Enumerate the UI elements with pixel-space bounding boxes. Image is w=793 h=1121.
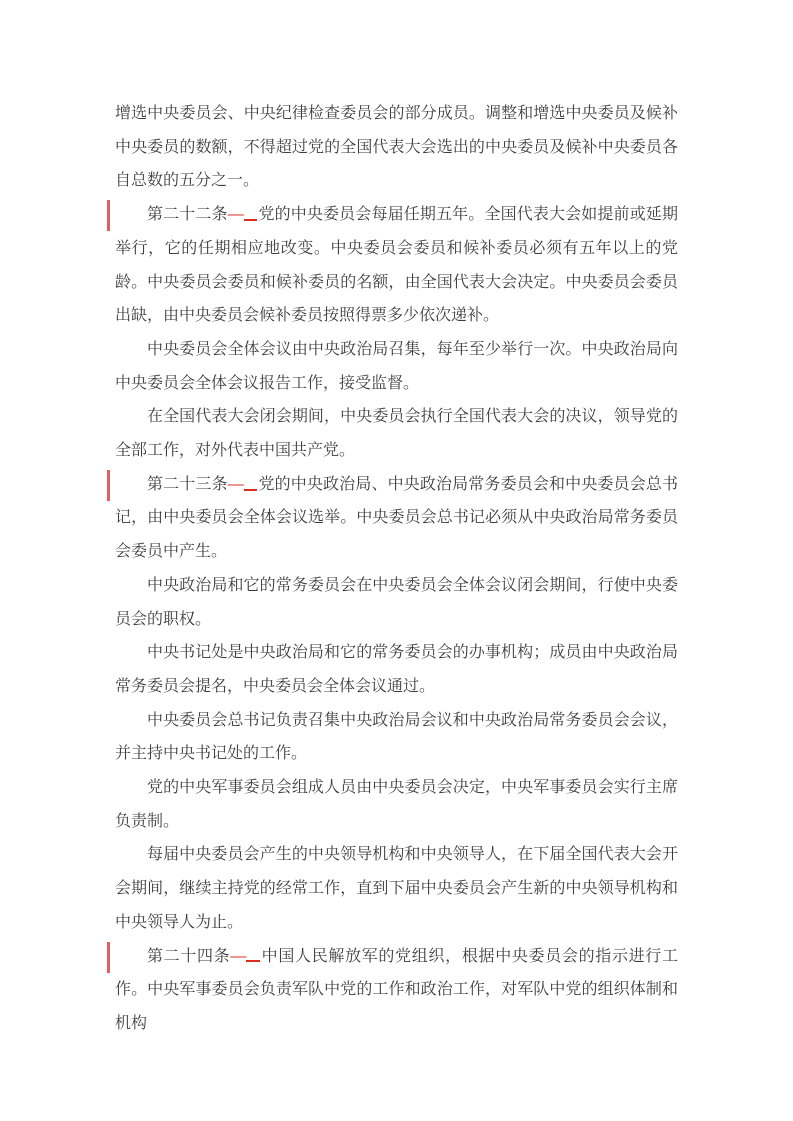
body-text: 每届中央委员会产生的中央领导机构和中央领导人，在下届全国代表大会开会期间，继续主…: [115, 846, 678, 930]
body-text: 在全国代表大会闭会期间，中央委员会执行全国代表大会的决议，领导党的全部工作，对外…: [115, 408, 678, 459]
body-text: 党的中央军事委员会组成人员由中央委员会决定，中央军事委员会实行主席负责制。: [115, 779, 678, 830]
paragraph-politburo-powers: 中央政治局和它的常务委员会在中央委员会全体会议闭会期间，行使中央委员会的职权。: [115, 569, 678, 636]
change-bar: [107, 470, 110, 501]
paragraph-article-23: 第二十三条—党的中央政治局、中央政治局常务委员会和中央委员会总书记，由中央委员会…: [115, 468, 678, 569]
paragraph-continuation: 增选中央委员会、中央纪律检查委员会的部分成员。调整和增选中央委员及候补中央委员的…: [115, 97, 678, 198]
text-column: 增选中央委员会、中央纪律检查委员会的部分成员。调整和增选中央委员及候补中央委员的…: [115, 97, 678, 1041]
body-text: 党的中央委员会每届任期五年。全国代表大会如提前或延期举行，它的任期相应地改变。中…: [115, 206, 678, 324]
body-text: 中央书记处是中央政治局和它的常务委员会的办事机构；成员由中央政治局常务委员会提名…: [115, 644, 678, 695]
paragraph-leadership-transition: 每届中央委员会产生的中央领导机构和中央领导人，在下届全国代表大会开会期间，继续主…: [115, 838, 678, 939]
paragraph-article-24: 第二十四条—中国人民解放军的党组织，根据中央委员会的指示进行工作。中央军事委员会…: [115, 940, 678, 1041]
body-text: 第二十三条: [147, 476, 228, 493]
body-text: 中央委员会全体会议由中央政治局召集，每年至少举行一次。中央政治局向中央委员会全体…: [115, 341, 678, 392]
insertion-underline-mark: [244, 487, 258, 490]
paragraph-article-22: 第二十二条—党的中央委员会每届任期五年。全国代表大会如提前或延期举行，它的任期相…: [115, 198, 678, 333]
document-page: 增选中央委员会、中央纪律检查委员会的部分成员。调整和增选中央委员及候补中央委员的…: [0, 0, 793, 1121]
body-text: 第二十四条: [147, 948, 230, 965]
body-text: 第二十二条: [147, 206, 228, 223]
paragraph-general-secretary-duties: 中央委员会总书记负责召集中央政治局会议和中央政治局常务委员会会议，并主持中央书记…: [115, 704, 678, 771]
insertion-dash-mark: —: [228, 476, 244, 493]
body-text: 增选中央委员会、中央纪律检查委员会的部分成员。调整和增选中央委员及候补中央委员的…: [115, 105, 678, 189]
body-text: 中央委员会总书记负责召集中央政治局会议和中央政治局常务委员会会议，并主持中央书记…: [115, 712, 678, 763]
paragraph-plenary-sessions: 中央委员会全体会议由中央政治局召集，每年至少举行一次。中央政治局向中央委员会全体…: [115, 333, 678, 400]
insertion-underline-mark: [244, 218, 258, 221]
insertion-dash-mark: —: [230, 948, 246, 965]
paragraph-central-military-commission: 党的中央军事委员会组成人员由中央委员会决定，中央军事委员会实行主席负责制。: [115, 771, 678, 838]
body-text: 中央政治局和它的常务委员会在中央委员会全体会议闭会期间，行使中央委员会的职权。: [115, 577, 678, 628]
change-bar: [107, 942, 110, 973]
insertion-dash-mark: —: [228, 206, 244, 223]
change-bar: [107, 200, 110, 231]
paragraph-between-congresses: 在全国代表大会闭会期间，中央委员会执行全国代表大会的决议，领导党的全部工作，对外…: [115, 400, 678, 467]
paragraph-secretariat: 中央书记处是中央政治局和它的常务委员会的办事机构；成员由中央政治局常务委员会提名…: [115, 636, 678, 703]
insertion-underline-mark: [246, 959, 260, 962]
